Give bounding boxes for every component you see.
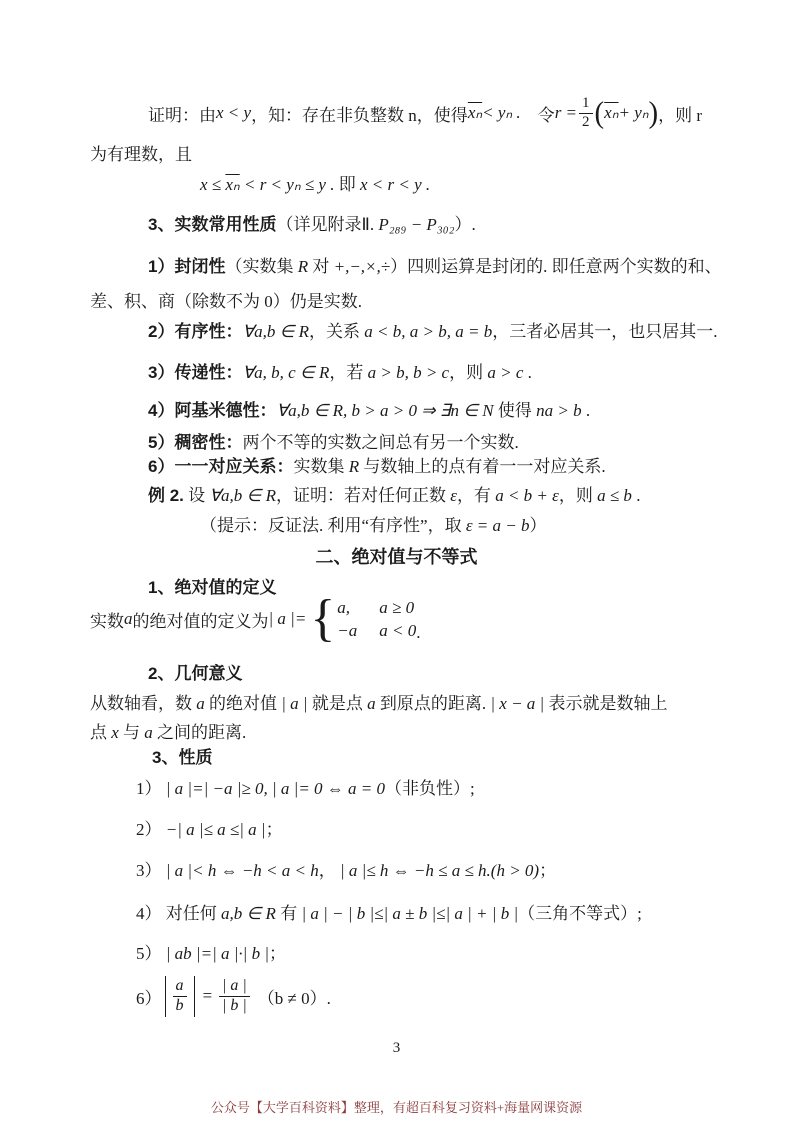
case-1-value: a, (337, 597, 357, 618)
property-text: 与数轴上的点有着一一对应关系. (359, 457, 606, 476)
property-density: 5）稠密性：两个不等的实数之间总有另一个实数. (148, 428, 519, 453)
property-text: ，三者必居其一，也只居其一. (492, 322, 717, 341)
math-run: x (111, 723, 119, 742)
section-heading-absolute-value: 二、绝对值与不等式 (0, 543, 793, 569)
property-text: ，关系 (309, 322, 364, 341)
math-run: a,b ∈ R (221, 904, 276, 923)
close-paren: ) (649, 98, 659, 128)
example-2: 例 2. 设 ∀a,b ∈ R，证明：若对任何正数 ε，有 a < b + ε，… (148, 481, 640, 506)
fraction-denominator: | b | (222, 997, 247, 1015)
math-run: ε = a − b (466, 516, 530, 535)
math-run: a (196, 694, 205, 713)
cases-brace: { (310, 596, 335, 643)
math-run: P₂₈₉ − P₃₀₂ (378, 215, 454, 234)
equals-sign: = (202, 986, 213, 1006)
math-run: ∀a,b ∈ R, b > a > 0 ⇒ ∃n ∈ N (276, 401, 493, 420)
math-run: ∀a, b, c ∈ R (242, 363, 329, 382)
proof-text: ，知：存在非负整数 n，使得 (251, 101, 468, 126)
item-text: （非负性）; (385, 779, 475, 798)
math-run: a (367, 694, 376, 713)
proof-text: 即 (334, 175, 360, 194)
item-text: （三角不等式）; (518, 904, 642, 923)
subsection-definition: 1、绝对值的定义 (148, 573, 276, 598)
subsection-geometry: 2、几何意义 (148, 659, 242, 684)
math-run: | a |≤ h ⇔ −h ≤ a ≤ h.(h > 0) (340, 861, 539, 880)
math-run: x < r < y . (360, 175, 430, 194)
definition-text: 的绝对值的定义为 (133, 607, 269, 632)
property-text: ，若 (329, 363, 367, 382)
property-text: 差、积、商（除数不为 0）仍是实数. (90, 292, 362, 311)
geometry-text: 到原点的距离. (376, 694, 491, 713)
definition-formula: 实数 a 的绝对值的定义为 | a |= { a,a ≥ 0 −aa < 0 . (90, 596, 421, 643)
document-page: 证明：由 x < y，知：存在非负整数 n，使得 xₙ < yₙ . 令 r =… (0, 0, 793, 1122)
abs-property-5: 5） | ab |=| a |·| b |； (136, 939, 286, 964)
property-archimedes: 4）阿基米德性：∀a,b ∈ R, b > a > 0 ⇒ ∃n ∈ N 使得 … (148, 396, 590, 421)
math-xn-bar: xₙ (225, 175, 239, 194)
math-run: | a | (281, 694, 307, 713)
example-label: 例 2. (148, 486, 184, 505)
item-text: ； (539, 861, 556, 880)
fraction-denominator: b (176, 997, 184, 1015)
math-run: | a |=| −a |≥ 0, | a |= 0 ⇔ a = 0 (166, 779, 385, 798)
item-number: 5） (136, 944, 166, 963)
case-1-condition: a ≥ 0 (379, 597, 416, 618)
case-2-value: −a (337, 620, 357, 641)
item-number: 2） (136, 820, 166, 839)
property-bijection: 6）一一对应关系：实数集 R 与数轴上的点有着一一对应关系. (148, 452, 606, 477)
geometry-line1: 从数轴看，数 a 的绝对值 | a | 就是点 a 到原点的距离. | x − … (90, 689, 667, 714)
property-text: （实数集 (225, 257, 297, 276)
section-title-properties: 3、实数常用性质（详见附录Ⅱ. P₂₈₉ − P₃₀₂）. (148, 210, 476, 235)
fraction-numerator: 1 (579, 96, 593, 114)
example-text: ，证明：若对任何正数 (276, 486, 450, 505)
example-text: 设 (184, 486, 210, 505)
math-run: +,−,×,÷ (334, 257, 391, 276)
math-run: ∀a,b ∈ R (242, 322, 309, 341)
proof-text: ，则 r (658, 101, 702, 126)
section-title-rest: （详见附录Ⅱ. (276, 215, 378, 234)
cases-grid: a,a ≥ 0 −aa < 0 (337, 597, 416, 642)
property-closure-line2: 差、积、商（除数不为 0）仍是实数. (90, 287, 362, 312)
math-run: a (124, 609, 133, 629)
example-text: ，则 (559, 486, 597, 505)
math-run: | a |< h ⇔ −h < a < h (166, 861, 319, 880)
math-run: < yₙ . (482, 103, 521, 123)
math-run: r = (555, 103, 577, 123)
proof-text: 为有理数，且 (90, 145, 192, 164)
math-run: | x − a | (490, 694, 544, 713)
math-run: R (349, 457, 359, 476)
proof-line-2: 为有理数，且 (90, 140, 192, 165)
math-run: a > b, b > c (368, 363, 450, 382)
example-hint: （提示：反证法. 利用“有序性”，取 ε = a − b） (200, 511, 547, 536)
property-transitive: 3）传递性：∀a, b, c ∈ R，若 a > b, b > c，则 a > … (148, 358, 532, 383)
math-run: | a | − | b |≤| a ± b |≤| a | + | b | (301, 904, 518, 923)
property-closure-line1: 1）封闭性（实数集 R 对 +,−,×,÷）四则运算是封闭的. 即任意两个实数的… (148, 252, 722, 277)
item-text: 对任何 (166, 904, 221, 923)
section-title-label: 3、实数常用性质 (148, 215, 276, 234)
math-run: | ab |=| a |·| b | (166, 944, 269, 963)
math-run: a < b, a > b, a = b (364, 322, 492, 341)
math-run: | a |= (269, 609, 307, 629)
item-text: ， (319, 861, 340, 880)
math-run: ε (450, 486, 457, 505)
math-run: < r < yₙ ≤ y . (240, 175, 335, 194)
item-number: 3） (136, 861, 166, 880)
hint-text: ） (530, 516, 547, 535)
property-text: 对 (308, 257, 334, 276)
math-xn-bar: xₙ (604, 103, 618, 123)
hint-text: （提示：反证法. 利用“有序性”，取 (200, 516, 466, 535)
abs-property-3: 3） | a |< h ⇔ −h < a < h， | a |≤ h ⇔ −h … (136, 856, 556, 881)
property-text: 使得 (494, 401, 537, 420)
math-run: + yₙ (618, 103, 648, 123)
property-order: 2）有序性：∀a,b ∈ R，关系 a < b, a > b, a = b，三者… (148, 317, 717, 342)
geometry-line2: 点 x 与 a 之间的距离. (90, 718, 246, 743)
math-run: a > c (487, 363, 523, 382)
page-number: 3 (0, 1040, 793, 1057)
geometry-text: 的绝对值 (205, 694, 282, 713)
definition-period: . (416, 623, 420, 643)
geometry-text: 表示就是数轴上 (544, 694, 667, 713)
math-run: R (298, 257, 308, 276)
math-run: ∀a,b ∈ R (209, 486, 276, 505)
proof-text: 令 (521, 101, 555, 126)
item-number: 6） (136, 984, 162, 1009)
geometry-text: 就是点 (308, 694, 368, 713)
abs-fraction-left: ab (165, 976, 195, 1017)
math-run: −| a |≤ a ≤| a | (166, 820, 266, 839)
property-label: 1）封闭性 (148, 257, 225, 276)
case-2-condition: a < 0 (379, 620, 416, 641)
abs-property-2: 2） −| a |≤ a ≤| a |； (136, 815, 283, 840)
property-label: 3）传递性： (148, 363, 242, 382)
example-text: ，有 (457, 486, 495, 505)
property-text: 实数集 (293, 457, 348, 476)
property-text: . (523, 363, 532, 382)
item-text: ； (269, 944, 286, 963)
property-label: 6）一一对应关系： (148, 457, 293, 476)
abs-property-6: 6） ab = | a || b | （b ≠ 0）. (136, 976, 331, 1017)
math-run: na > b (536, 401, 581, 420)
geometry-text: 从数轴看，数 (90, 694, 196, 713)
property-text: ）四则运算是封闭的. 即任意两个实数的和、 (390, 257, 722, 276)
example-text: . (632, 486, 641, 505)
property-label: 4）阿基米德性： (148, 401, 276, 420)
fraction-numerator: | a | (219, 978, 250, 997)
fraction-denominator: 2 (582, 114, 590, 131)
math-xn-bar: xₙ (468, 103, 482, 123)
math-run: x ≤ (200, 175, 225, 194)
abs-fraction-right: | a || b | (219, 978, 250, 1015)
math-run: x < y (216, 103, 251, 123)
fraction-one-half: 12 (579, 96, 593, 131)
math-run: a < b + ε (495, 486, 559, 505)
proof-text: 证明：由 (148, 101, 216, 126)
abs-property-1: 1） | a |=| −a |≥ 0, | a |= 0 ⇔ a = 0（非负性… (136, 774, 475, 799)
subsection-properties: 3、性质 (152, 743, 212, 768)
item-text: （b ≠ 0）. (258, 984, 331, 1009)
open-paren: ( (595, 98, 605, 128)
item-text: 有 (276, 904, 302, 923)
math-run: a ≤ b (597, 486, 632, 505)
property-label: 5）稠密性： (148, 433, 242, 452)
property-text: 两个不等的实数之间总有另一个实数. (242, 433, 518, 452)
item-number: 4） (136, 904, 166, 923)
definition-text: 实数 (90, 607, 124, 632)
proof-formula-line: x ≤ xₙ < r < yₙ ≤ y . 即 x < r < y . (200, 170, 430, 195)
geometry-text: 点 (90, 723, 111, 742)
fraction-numerator: a (173, 978, 187, 997)
math-run: a (144, 723, 153, 742)
footer-note: 公众号【大学百科资料】整理，有超百科复习资料+海量网课资源 (0, 1097, 793, 1116)
property-label: 2）有序性： (148, 322, 242, 341)
item-text: ； (266, 820, 283, 839)
property-text: . (582, 401, 591, 420)
geometry-text: 之间的距离. (153, 723, 247, 742)
proof-line-1: 证明：由 x < y，知：存在非负整数 n，使得 xₙ < yₙ . 令 r =… (148, 96, 702, 131)
abs-property-4: 4） 对任何 a,b ∈ R 有 | a | − | b |≤| a ± b |… (136, 899, 642, 924)
section-title-end: ）. (455, 215, 476, 234)
item-number: 1） (136, 779, 166, 798)
property-text: ，则 (449, 363, 487, 382)
fraction: ab (173, 978, 187, 1015)
geometry-text: 与 (119, 723, 145, 742)
